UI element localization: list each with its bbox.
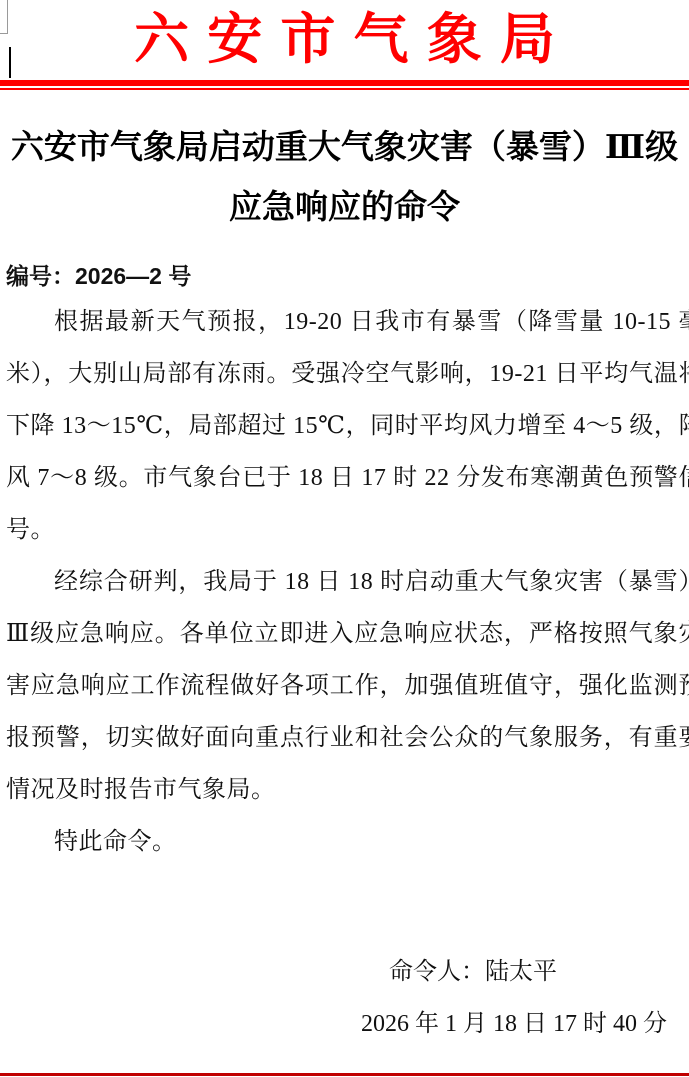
signer-line: 命令人：陆太平	[0, 946, 689, 998]
document-title: 六安市气象局启动重大气象灾害（暴雪）Ⅲ级 应急响应的命令	[0, 118, 689, 238]
page-corner-crop-mark-vertical	[7, 0, 8, 33]
red-letterhead: 六安市气象局	[0, 0, 689, 80]
document-page: 六安市气象局 六安市气象局启动重大气象灾害（暴雪）Ⅲ级 应急响应的命令 编号：2…	[0, 0, 689, 1077]
signature-block: 命令人：陆太平 2026 年 1 月 18 日 17 时 40 分	[0, 946, 689, 1050]
document-title-line2: 应急响应的命令	[0, 178, 689, 238]
page-corner-crop-mark-horizontal	[0, 33, 8, 34]
document-body: 根据最新天气预报，19-20 日我市有暴雪（降雪量 10-15 毫米），大别山局…	[6, 296, 689, 868]
body-paragraph-closing: 特此命令。	[6, 816, 689, 868]
signature-datetime: 2026 年 1 月 18 日 17 时 40 分	[0, 998, 689, 1050]
agency-title: 六安市气象局	[0, 6, 689, 74]
body-paragraph-weather-forecast: 根据最新天气预报，19-20 日我市有暴雪（降雪量 10-15 毫米），大别山局…	[6, 296, 689, 556]
letterhead-rule-thin	[0, 88, 689, 90]
text-cursor-mark	[9, 47, 11, 78]
page-bottom-rule	[0, 1073, 689, 1076]
body-paragraph-response-order: 经综合研判，我局于 18 日 18 时启动重大气象灾害（暴雪）Ⅲ级应急响应。各单…	[6, 556, 689, 816]
document-number: 编号：2026—2 号	[6, 256, 689, 296]
document-title-line1: 六安市气象局启动重大气象灾害（暴雪）Ⅲ级	[0, 118, 689, 178]
